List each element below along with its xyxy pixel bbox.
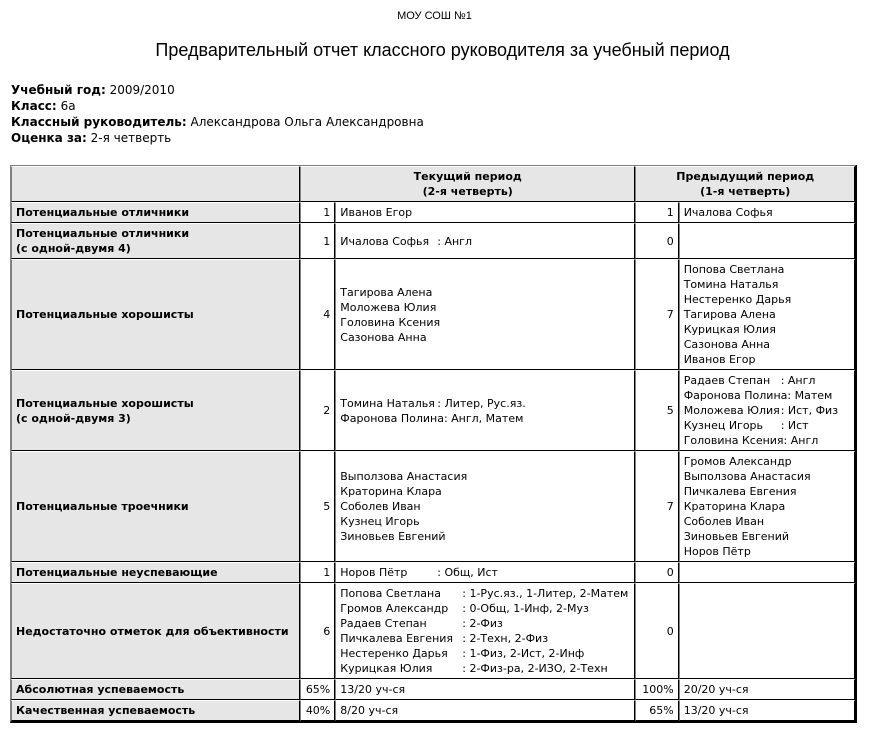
student-entry: Нестеренко Дарья: 1-Физ, 2-Ист, 2-Инф xyxy=(340,646,630,661)
student-entry: Радаев Степан: 2-Физ xyxy=(340,616,630,631)
category-text: Потенциальные отличники xyxy=(16,205,295,220)
student-name: Нестеренко Дарья xyxy=(684,292,792,307)
student-list-cell: Выползова АнастасияКраторина КлараСоболе… xyxy=(335,451,635,562)
student-entry: Сазонова Анна xyxy=(684,337,850,352)
previous-count: 65% xyxy=(635,700,678,721)
student-entry: Томина Наталья xyxy=(684,277,850,292)
student-subjects: : Общ, Ист xyxy=(437,566,498,579)
student-entry: Попова Светлана xyxy=(684,262,850,277)
category-text: Потенциальные хорошисты xyxy=(16,396,295,411)
student-subjects: : 0-Общ, 1-Инф, 2-Муз xyxy=(462,602,589,615)
student-entry: Попова Светлана: 1-Рус.яз., 1-Литер, 2-М… xyxy=(340,586,630,601)
student-list-cell: 13/20 уч-ся xyxy=(335,679,635,700)
table-row: Абсолютная успеваемость65%13/20 уч-ся100… xyxy=(11,679,855,700)
student-name: Попова Светлана xyxy=(340,586,462,601)
student-entry: Выползова Анастасия xyxy=(684,469,850,484)
student-list-cell: Тагирова АленаМоложева ЮлияГоловина Ксен… xyxy=(335,259,635,370)
student-list-cell: Ичалова Софья: Англ xyxy=(335,223,635,259)
student-name: Кузнец Игорь xyxy=(340,514,419,529)
student-entry: Зиновьев Евгений xyxy=(340,529,630,544)
student-name: Иванов Егор xyxy=(684,352,756,367)
student-list-cell: Громов АлександрВыползова АнастасияПичка… xyxy=(679,451,855,562)
current-count: 2 xyxy=(300,370,335,451)
row-category-label: Потенциальные неуспевающие xyxy=(11,562,300,583)
category-text: Потенциальные неуспевающие xyxy=(16,565,295,580)
student-name: Краторина Клара xyxy=(340,484,442,499)
student-subjects: : Ист xyxy=(781,419,809,432)
student-name: Курицкая Юлия xyxy=(684,322,776,337)
student-entry: Радаев Степан: Англ xyxy=(684,373,850,388)
previous-count: 1 xyxy=(635,202,678,223)
student-list-cell: Томина Наталья: Литер, Рус.яз.Фаронова П… xyxy=(335,370,635,451)
student-entry: Головина Ксения xyxy=(340,315,630,330)
student-entry: Моложева Юлия: Ист, Физ xyxy=(684,403,850,418)
table-row: Потенциальные отличники1Иванов Егор1Ичал… xyxy=(11,202,855,223)
student-list-cell: 20/20 уч-ся xyxy=(679,679,855,700)
category-text: Абсолютная успеваемость xyxy=(16,682,295,697)
student-subjects: : Матем xyxy=(787,389,832,402)
table-row: Потенциальные хорошисты4Тагирова АленаМо… xyxy=(11,259,855,370)
row-category-label: Недостаточно отметок для объективности xyxy=(11,583,300,679)
student-entry: Норов Пётр xyxy=(684,544,850,559)
student-subjects: : 2-Физ-ра, 2-ИЗО, 2-Техн xyxy=(462,662,607,675)
student-entry: Томина Наталья: Литер, Рус.яз. xyxy=(340,396,630,411)
category-text: (с одной-двумя 4) xyxy=(16,241,295,256)
student-name: Моложева Юлия xyxy=(684,403,781,418)
category-text: Недостаточно отметок для объективности xyxy=(16,624,295,639)
row-category-label: Потенциальные отличники xyxy=(11,202,300,223)
meta-academic-year: Учебный год: 2009/2010 xyxy=(11,82,424,98)
student-entry: Головина Ксения: Англ xyxy=(684,433,850,448)
category-text: Качественная успеваемость xyxy=(16,703,295,718)
current-count: 6 xyxy=(300,583,335,679)
table-row: Потенциальные отличники(с одной-двумя 4)… xyxy=(11,223,855,259)
student-name: Выползова Анастасия xyxy=(684,469,811,484)
student-entry: 13/20 уч-ся xyxy=(684,703,850,718)
student-name: Кузнец Игорь xyxy=(684,418,781,433)
student-entry: Кузнец Игорь: Ист xyxy=(684,418,850,433)
student-entry: Пичкалева Евгения: 2-Техн, 2-Физ xyxy=(340,631,630,646)
student-name: 8/20 уч-ся xyxy=(340,703,398,718)
table-header-row: Текущий период (2-я четверть) Предыдущий… xyxy=(11,166,855,202)
row-category-label: Абсолютная успеваемость xyxy=(11,679,300,700)
student-subjects: : Англ, Матем xyxy=(444,412,523,425)
student-name: Томина Наталья xyxy=(684,277,779,292)
previous-count: 0 xyxy=(635,223,678,259)
student-name: Головина Ксения xyxy=(340,315,440,330)
student-list-cell xyxy=(679,223,855,259)
meta-class: Класс: 6а xyxy=(11,98,424,114)
student-entry: Ичалова Софья: Англ xyxy=(340,234,630,249)
row-category-label: Потенциальные хорошисты(с одной-двумя 3) xyxy=(11,370,300,451)
student-subjects: : Литер, Рус.яз. xyxy=(437,397,525,410)
table-row: Потенциальные неуспевающие1Норов Пётр: О… xyxy=(11,562,855,583)
student-entry: Курицкая Юлия xyxy=(684,322,850,337)
student-list-cell xyxy=(679,562,855,583)
student-name: Попова Светлана xyxy=(684,262,785,277)
student-entry: Соболев Иван xyxy=(684,514,850,529)
student-name: Томина Наталья xyxy=(340,396,437,411)
category-text: Потенциальные троечники xyxy=(16,499,295,514)
previous-count: 0 xyxy=(635,583,678,679)
category-text: Потенциальные хорошисты xyxy=(16,307,295,322)
report-table: Текущий период (2-я четверть) Предыдущий… xyxy=(10,165,857,723)
report-body: Потенциальные отличники1Иванов Егор1Ичал… xyxy=(11,202,855,721)
student-entry: Иванов Егор xyxy=(340,205,630,220)
student-list-cell: Радаев Степан: АнглФаронова Полина: Мате… xyxy=(679,370,855,451)
category-text: (с одной-двумя 3) xyxy=(16,411,295,426)
student-list-cell xyxy=(679,583,855,679)
student-list-cell: 8/20 уч-ся xyxy=(335,700,635,721)
student-name: Ичалова Софья xyxy=(684,205,773,220)
header-current-period: Текущий период (2-я четверть) xyxy=(300,166,635,202)
current-count: 5 xyxy=(300,451,335,562)
student-subjects: : Англ xyxy=(784,434,819,447)
student-name: 20/20 уч-ся xyxy=(684,682,749,697)
student-entry: 20/20 уч-ся xyxy=(684,682,850,697)
student-name: Радаев Степан xyxy=(340,616,462,631)
student-name: Головина Ксения xyxy=(684,433,784,448)
student-name: Тагирова Алена xyxy=(684,307,776,322)
student-name: Норов Пётр xyxy=(340,565,437,580)
student-subjects: : 2-Техн, 2-Физ xyxy=(462,632,548,645)
student-entry: Тагирова Алена xyxy=(684,307,850,322)
student-entry: Моложева Юлия xyxy=(340,300,630,315)
row-category-label: Качественная успеваемость xyxy=(11,700,300,721)
student-subjects: : 1-Рус.яз., 1-Литер, 2-Матем xyxy=(462,587,628,600)
student-list-cell: Ичалова Софья xyxy=(679,202,855,223)
student-list-cell: Иванов Егор xyxy=(335,202,635,223)
previous-count: 7 xyxy=(635,259,678,370)
row-category-label: Потенциальные хорошисты xyxy=(11,259,300,370)
report-meta: Учебный год: 2009/2010 Класс: 6а Классны… xyxy=(11,82,424,146)
student-list-cell: Попова СветланаТомина НатальяНестеренко … xyxy=(679,259,855,370)
table-row: Потенциальные троечники5Выползова Анаста… xyxy=(11,451,855,562)
student-entry: Пичкалева Евгения xyxy=(684,484,850,499)
header-empty xyxy=(11,166,300,202)
student-name: Норов Пётр xyxy=(684,544,751,559)
student-name: Ичалова Софья xyxy=(340,234,437,249)
table-row: Потенциальные хорошисты(с одной-двумя 3)… xyxy=(11,370,855,451)
previous-count: 5 xyxy=(635,370,678,451)
student-subjects: : 1-Физ, 2-Ист, 2-Инф xyxy=(462,647,584,660)
student-name: Пичкалева Евгения xyxy=(684,484,797,499)
student-list-cell: Попова Светлана: 1-Рус.яз., 1-Литер, 2-М… xyxy=(335,583,635,679)
meta-teacher: Классный руководитель: Александрова Ольг… xyxy=(11,114,424,130)
student-name: Зиновьев Евгений xyxy=(684,529,789,544)
student-entry: Тагирова Алена xyxy=(340,285,630,300)
school-name: МОУ СОШ №1 xyxy=(0,10,869,22)
table-row: Недостаточно отметок для объективности6П… xyxy=(11,583,855,679)
student-entry: Курицкая Юлия: 2-Физ-ра, 2-ИЗО, 2-Техн xyxy=(340,661,630,676)
student-name: Моложева Юлия xyxy=(340,300,436,315)
student-subjects: : Англ xyxy=(781,374,816,387)
meta-period: Оценка за: 2-я четверть xyxy=(11,130,424,146)
student-entry: Норов Пётр: Общ, Ист xyxy=(340,565,630,580)
student-entry: Соболев Иван xyxy=(340,499,630,514)
student-entry: Кузнец Игорь xyxy=(340,514,630,529)
student-name: Нестеренко Дарья xyxy=(340,646,462,661)
previous-count: 7 xyxy=(635,451,678,562)
page-title: Предварительный отчет классного руководи… xyxy=(0,40,869,61)
table-row: Качественная успеваемость40%8/20 уч-ся65… xyxy=(11,700,855,721)
student-entry: Фаронова Полина: Англ, Матем xyxy=(340,411,630,426)
current-count: 1 xyxy=(300,562,335,583)
student-entry: 8/20 уч-ся xyxy=(340,703,630,718)
student-name: Сазонова Анна xyxy=(340,330,426,345)
student-entry: Иванов Егор xyxy=(684,352,850,367)
current-count: 65% xyxy=(300,679,335,700)
student-name: Фаронова Полина xyxy=(684,388,788,403)
student-name: Радаев Степан xyxy=(684,373,781,388)
student-entry: Нестеренко Дарья xyxy=(684,292,850,307)
current-count: 40% xyxy=(300,700,335,721)
student-name: Громов Александр xyxy=(684,454,792,469)
student-entry: Громов Александр: 0-Общ, 1-Инф, 2-Муз xyxy=(340,601,630,616)
student-entry: Краторина Клара xyxy=(340,484,630,499)
student-name: Сазонова Анна xyxy=(684,337,770,352)
previous-count: 100% xyxy=(635,679,678,700)
header-previous-period: Предыдущий период (1-я четверть) xyxy=(635,166,855,202)
student-subjects: : Ист, Физ xyxy=(781,404,838,417)
student-list-cell: Норов Пётр: Общ, Ист xyxy=(335,562,635,583)
student-subjects: : 2-Физ xyxy=(462,617,503,630)
category-text: Потенциальные отличники xyxy=(16,226,295,241)
student-name: Выползова Анастасия xyxy=(340,469,467,484)
student-name: Краторина Клара xyxy=(684,499,786,514)
student-entry: 13/20 уч-ся xyxy=(340,682,630,697)
student-entry: Ичалова Софья xyxy=(684,205,850,220)
student-subjects: : Англ xyxy=(437,235,472,248)
student-name: Тагирова Алена xyxy=(340,285,432,300)
student-name: 13/20 уч-ся xyxy=(340,682,405,697)
student-name: Иванов Егор xyxy=(340,205,412,220)
student-name: Пичкалева Евгения xyxy=(340,631,462,646)
current-count: 1 xyxy=(300,223,335,259)
student-entry: Громов Александр xyxy=(684,454,850,469)
current-count: 4 xyxy=(300,259,335,370)
student-name: Зиновьев Евгений xyxy=(340,529,445,544)
student-name: Соболев Иван xyxy=(340,499,420,514)
current-count: 1 xyxy=(300,202,335,223)
student-entry: Зиновьев Евгений xyxy=(684,529,850,544)
student-name: Фаронова Полина xyxy=(340,411,444,426)
student-name: 13/20 уч-ся xyxy=(684,703,749,718)
student-name: Курицкая Юлия xyxy=(340,661,462,676)
row-category-label: Потенциальные отличники(с одной-двумя 4) xyxy=(11,223,300,259)
previous-count: 0 xyxy=(635,562,678,583)
student-entry: Выползова Анастасия xyxy=(340,469,630,484)
student-entry: Сазонова Анна xyxy=(340,330,630,345)
student-name: Громов Александр xyxy=(340,601,462,616)
student-entry: Фаронова Полина: Матем xyxy=(684,388,850,403)
student-entry: Краторина Клара xyxy=(684,499,850,514)
student-name: Соболев Иван xyxy=(684,514,764,529)
row-category-label: Потенциальные троечники xyxy=(11,451,300,562)
student-list-cell: 13/20 уч-ся xyxy=(679,700,855,721)
